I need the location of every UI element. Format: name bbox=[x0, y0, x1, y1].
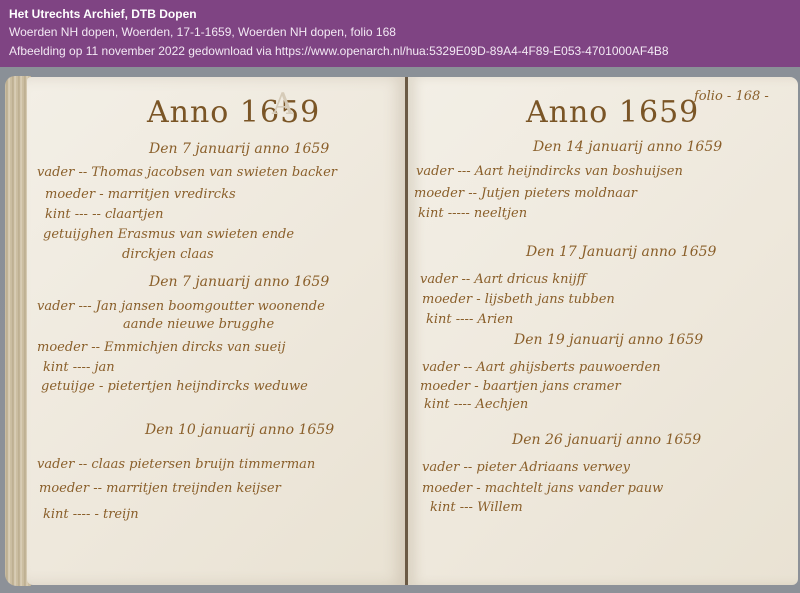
entry-line: vader -- Aart dricus knijff bbox=[420, 272, 586, 287]
entry-line: vader -- claas pietersen bruijn timmerma… bbox=[37, 457, 315, 472]
entry-line: aande nieuwe brugghe bbox=[123, 317, 274, 332]
entry-line: vader --- Jan jansen boomgoutter woonend… bbox=[37, 299, 325, 314]
entry-line: moeder - machtelt jans vander pauw bbox=[422, 481, 663, 496]
entry-line: vader --- Aart heijndircks van boshuijse… bbox=[416, 164, 683, 179]
entry-date: Den 7 januarij anno 1659 bbox=[149, 274, 329, 290]
faint-mark: A bbox=[272, 87, 294, 122]
entry-line: vader -- Thomas jacobsen van swieten bac… bbox=[37, 165, 337, 180]
entry-line: kint --- -- claartjen bbox=[45, 207, 163, 222]
right-page-heading: Anno 1659 bbox=[526, 95, 699, 130]
entry-line: kint ---- - treijn bbox=[43, 507, 139, 522]
download-source-line: Afbeelding op 11 november 2022 gedownloa… bbox=[9, 42, 791, 61]
entry-line: moeder -- Emmichjen dircks van sueij bbox=[37, 340, 286, 355]
archive-header: Het Utrechts Archief, DTB Dopen Woerden … bbox=[0, 0, 800, 67]
entry-line: kint ---- Arien bbox=[426, 312, 513, 327]
manuscript-scan-image: Anno 1659 A Den 7 januarij anno 1659 vad… bbox=[0, 67, 800, 593]
archive-title: Het Utrechts Archief, DTB Dopen bbox=[9, 5, 791, 23]
entry-line: kint ----- neeltjen bbox=[418, 206, 527, 221]
entry-date: Den 14 januarij anno 1659 bbox=[533, 139, 722, 155]
entry-date: Den 10 januarij anno 1659 bbox=[145, 422, 334, 438]
left-page-heading: Anno 1659 bbox=[147, 95, 320, 130]
entry-date: Den 17 Januarij anno 1659 bbox=[526, 244, 716, 260]
entry-date: Den 7 januarij anno 1659 bbox=[149, 141, 329, 157]
entry-line: moeder - marritjen vredircks bbox=[45, 187, 236, 202]
entry-line: moeder -- Jutjen pieters moldnaar bbox=[414, 186, 637, 201]
right-page: Anno 1659 folio - 168 - Den 14 januarij … bbox=[408, 77, 798, 585]
entry-line: dirckjen claas bbox=[122, 247, 214, 262]
entry-line: kint ---- Aechjen bbox=[424, 397, 528, 412]
entry-line: moeder - lijsbeth jans tubben bbox=[422, 292, 615, 307]
entry-line: moeder -- marritjen treijnden keijser bbox=[39, 481, 281, 496]
entry-line: vader -- Aart ghijsberts pauwoerden bbox=[422, 360, 661, 375]
entry-line: moeder - baartjen jans cramer bbox=[420, 379, 621, 394]
entry-line: getuijge - pietertjen heijndircks weduwe bbox=[41, 379, 308, 394]
entry-date: Den 19 januarij anno 1659 bbox=[514, 332, 703, 348]
entry-line: kint --- Willem bbox=[430, 500, 523, 515]
record-description: Woerden NH dopen, Woerden, 17-1-1659, Wo… bbox=[9, 23, 791, 42]
entry-date: Den 26 januarij anno 1659 bbox=[512, 432, 701, 448]
folio-number: folio - 168 - bbox=[694, 89, 769, 104]
left-page: Anno 1659 A Den 7 januarij anno 1659 vad… bbox=[27, 77, 407, 585]
entry-line: vader -- pieter Adriaans verwey bbox=[422, 460, 630, 475]
entry-line: getuijghen Erasmus van swieten ende bbox=[43, 227, 294, 242]
entry-line: kint ---- jan bbox=[43, 360, 115, 375]
